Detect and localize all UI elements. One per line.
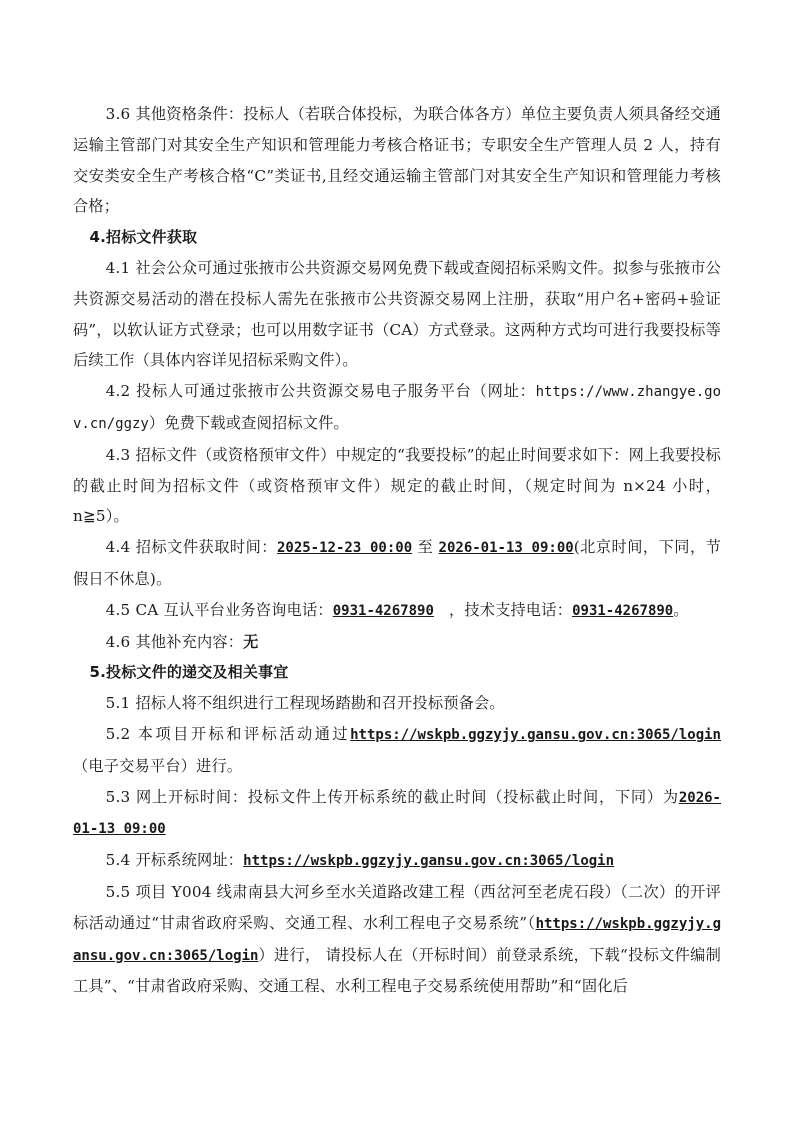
section-5-1: 5.1 招标人将不组织进行工程现场踏勘和召开投标预备会。 [73, 688, 721, 719]
section-5-3-prefix: 5.3 网上开标时间：投标文件上传开标系统的截止时间（投标截止时间，下同）为 [106, 788, 679, 806]
consult-phone: 0931-4267890 [333, 603, 434, 619]
heading-5-title: 5.投标文件的递交及相关事宜 [90, 663, 289, 681]
section-4-6: 4.6 其他补充内容：无 [73, 627, 721, 658]
section-4-5: 4.5 CA 互认平台业务咨询电话：0931-4267890 ，技术支持电话：0… [73, 595, 721, 627]
section-4-1-text: 4.1 社会公众可通过张掖市公共资源交易网免费下载或查阅招标采购文件。拟参与张掖… [73, 259, 721, 369]
bid-opening-system-link[interactable]: https://wskpb.ggzyjy.gansu.gov.cn:3065/l… [243, 853, 614, 869]
section-5-4-prefix: 5.4 开标系统网址： [106, 851, 244, 869]
section-4-2-prefix: 4.2 投标人可通过张掖市公共资源交易电子服务平台（网址： [106, 382, 536, 400]
section-4-5-mid: ，技术支持电话： [449, 601, 572, 619]
section-3-6-text: 3.6 其他资格条件：投标人（若联合体投标，为联合体各方）单位主要负责人须具备经… [73, 105, 721, 215]
section-5-4: 5.4 开标系统网址：https://wskpb.ggzyjy.gansu.go… [73, 845, 721, 877]
section-3-6: 3.6 其他资格条件：投标人（若联合体投标，为联合体各方）单位主要负责人须具备经… [73, 99, 721, 222]
section-4-5-prefix: 4.5 CA 互认平台业务咨询电话： [106, 601, 333, 619]
section-4-3-text: 4.3 招标文件（或资格预审文件）中规定的“我要投标”的起止时间要求如下：网上我… [73, 446, 721, 526]
acquisition-start-time: 2025-12-23 00:00 [277, 540, 412, 556]
heading-4: 4.招标文件获取 [73, 222, 721, 253]
section-5-5: 5.5 项目 Y004 线肃南县大河乡至水关道路改建工程（西岔河至老虎石段）（二… [73, 877, 721, 1002]
section-4-4: 4.4 招标文件获取时间：2025-12-23 00:00 至 2026-01-… [73, 532, 721, 595]
document-page: 3.6 其他资格条件：投标人（若联合体投标，为联合体各方）单位主要负责人须具备经… [73, 99, 721, 1002]
bidding-platform-link[interactable]: https://wskpb.ggzyjy.gansu.gov.cn:3065/l… [350, 727, 721, 743]
section-4-6-value: 无 [243, 633, 258, 651]
section-4-3: 4.3 招标文件（或资格预审文件）中规定的“我要投标”的起止时间要求如下：网上我… [73, 440, 721, 532]
heading-4-title: 4.招标文件获取 [90, 228, 198, 246]
section-5-3: 5.3 网上开标时间：投标文件上传开标系统的截止时间（投标截止时间，下同）为20… [73, 782, 721, 846]
acquisition-end-time: 2026-01-13 09:00 [439, 540, 574, 556]
support-phone: 0931-4267890 [572, 603, 673, 619]
section-4-2: 4.2 投标人可通过张掖市公共资源交易电子服务平台（网址：https://www… [73, 376, 721, 440]
section-5-2-prefix: 5.2 本项目开标和评标活动通过 [106, 725, 350, 743]
section-5-2: 5.2 本项目开标和评标活动通过https://wskpb.ggzyjy.gan… [73, 719, 721, 782]
section-4-1: 4.1 社会公众可通过张掖市公共资源交易网免费下载或查阅招标采购文件。拟参与张掖… [73, 253, 721, 376]
section-4-6-prefix: 4.6 其他补充内容： [106, 633, 244, 651]
heading-5: 5.投标文件的递交及相关事宜 [73, 657, 721, 688]
section-4-4-prefix: 4.4 招标文件获取时间： [106, 538, 277, 556]
section-5-1-text: 5.1 招标人将不组织进行工程现场踏勘和召开投标预备会。 [106, 694, 505, 712]
section-4-2-suffix: ）免费下载或查阅招标文件。 [149, 414, 349, 432]
section-4-5-suffix: 。 [673, 601, 688, 619]
section-5-2-suffix: （电子交易平台）进行。 [73, 757, 242, 775]
section-4-4-to: 至 [417, 538, 433, 556]
